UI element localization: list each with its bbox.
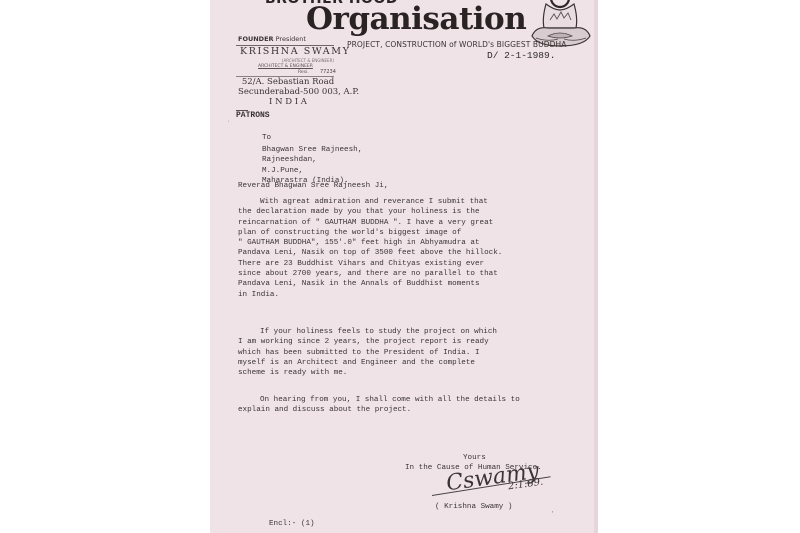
phone-number: 77234 <box>320 69 336 75</box>
paragraph-line: in India. <box>238 290 568 300</box>
org-title: Organisation <box>306 1 526 37</box>
paragraph-3: On hearing from you, I shall come with a… <box>238 395 568 416</box>
to-label: To <box>262 133 271 143</box>
paragraph-line: which has been submitted to the Presiden… <box>238 348 568 358</box>
founder-title: FOUNDER <box>238 35 274 43</box>
paragraph-line: the declaration made by you that your ho… <box>238 207 568 217</box>
phone-label: Resi. <box>298 70 309 75</box>
letter-page: BROTHER HOOD Organisation PROJECT, CONST… <box>210 0 598 533</box>
stray-mark: ˙ <box>226 121 231 130</box>
stray-mark: · <box>550 508 555 517</box>
recipient-line: Rajneeshdan, <box>262 155 362 165</box>
salutation: Reverad Bhagwan Sree Rajneesh Ji, <box>238 181 388 191</box>
paragraph-line: explain and discuss about the project. <box>238 405 568 415</box>
paragraph-line: since about 2700 years, and there are no… <box>238 269 568 279</box>
paragraph-2: If your holiness feels to study the proj… <box>238 327 568 378</box>
paragraph-line: scheme is ready with me. <box>238 368 568 378</box>
recipient-line: Bhagwan Sree Rajneesh, <box>262 145 362 155</box>
paragraph-line: If your holiness feels to study the proj… <box>238 327 568 337</box>
paragraph-line: Pandava Leni, Nasik in the Annals of Bud… <box>238 279 568 289</box>
paragraph-line: With agreat admiration and reverance I s… <box>238 197 568 207</box>
paragraph-line: reincarnation of " GAUTHAM BUDDHA ". I h… <box>238 218 568 228</box>
signed-name: ( Krishna Swamy ) <box>435 502 512 512</box>
paragraph-line: On hearing from you, I shall come with a… <box>238 395 568 405</box>
address-line-2: Secunderabad-500 003, A.P. <box>238 87 338 97</box>
founder-profession: ARCHITECT & ENGINEER <box>258 64 313 69</box>
patrons-label: PATRONS <box>236 111 270 120</box>
paragraph-line: There are 23 Buddhist Vihars and Chityas… <box>238 259 568 269</box>
president-title: President <box>276 35 306 43</box>
letter-date: D/ 2-1-1989. <box>487 50 555 61</box>
project-tagline: PROJECT, CONSTRUCTION of WORLD's BIGGEST… <box>347 40 566 49</box>
founder-name: KRISHNA SWAMY <box>240 46 350 57</box>
recipient-address: Bhagwan Sree Rajneesh, Rajneeshdan, M.J.… <box>262 145 362 186</box>
paragraph-line: plan of constructing the world's biggest… <box>238 228 568 238</box>
paragraph-1: With agreat admiration and reverance I s… <box>238 197 568 300</box>
address-country: I N D I A <box>238 97 338 107</box>
paragraph-line: " GAUTHAM BUDDHA", 155'.0" feet high in … <box>238 238 568 248</box>
paragraph-line: myself is an Architect and Engineer and … <box>238 358 568 368</box>
recipient-line: M.J.Pune, <box>262 166 362 176</box>
enclosure-note: Encl:- (1) <box>269 519 315 529</box>
page-edge-shadow <box>594 0 598 533</box>
address-line-1: 52/A. Sebastian Road <box>238 77 338 87</box>
paragraph-line: I am working since 2 years, the project … <box>238 337 568 347</box>
paragraph-line: Pandava Leni, Nasik on top of 3500 feet … <box>238 248 568 258</box>
founder-label: FOUNDER President <box>238 35 306 43</box>
founder-qualifications: (ARCHITECT & ENGINEER) <box>282 58 334 63</box>
